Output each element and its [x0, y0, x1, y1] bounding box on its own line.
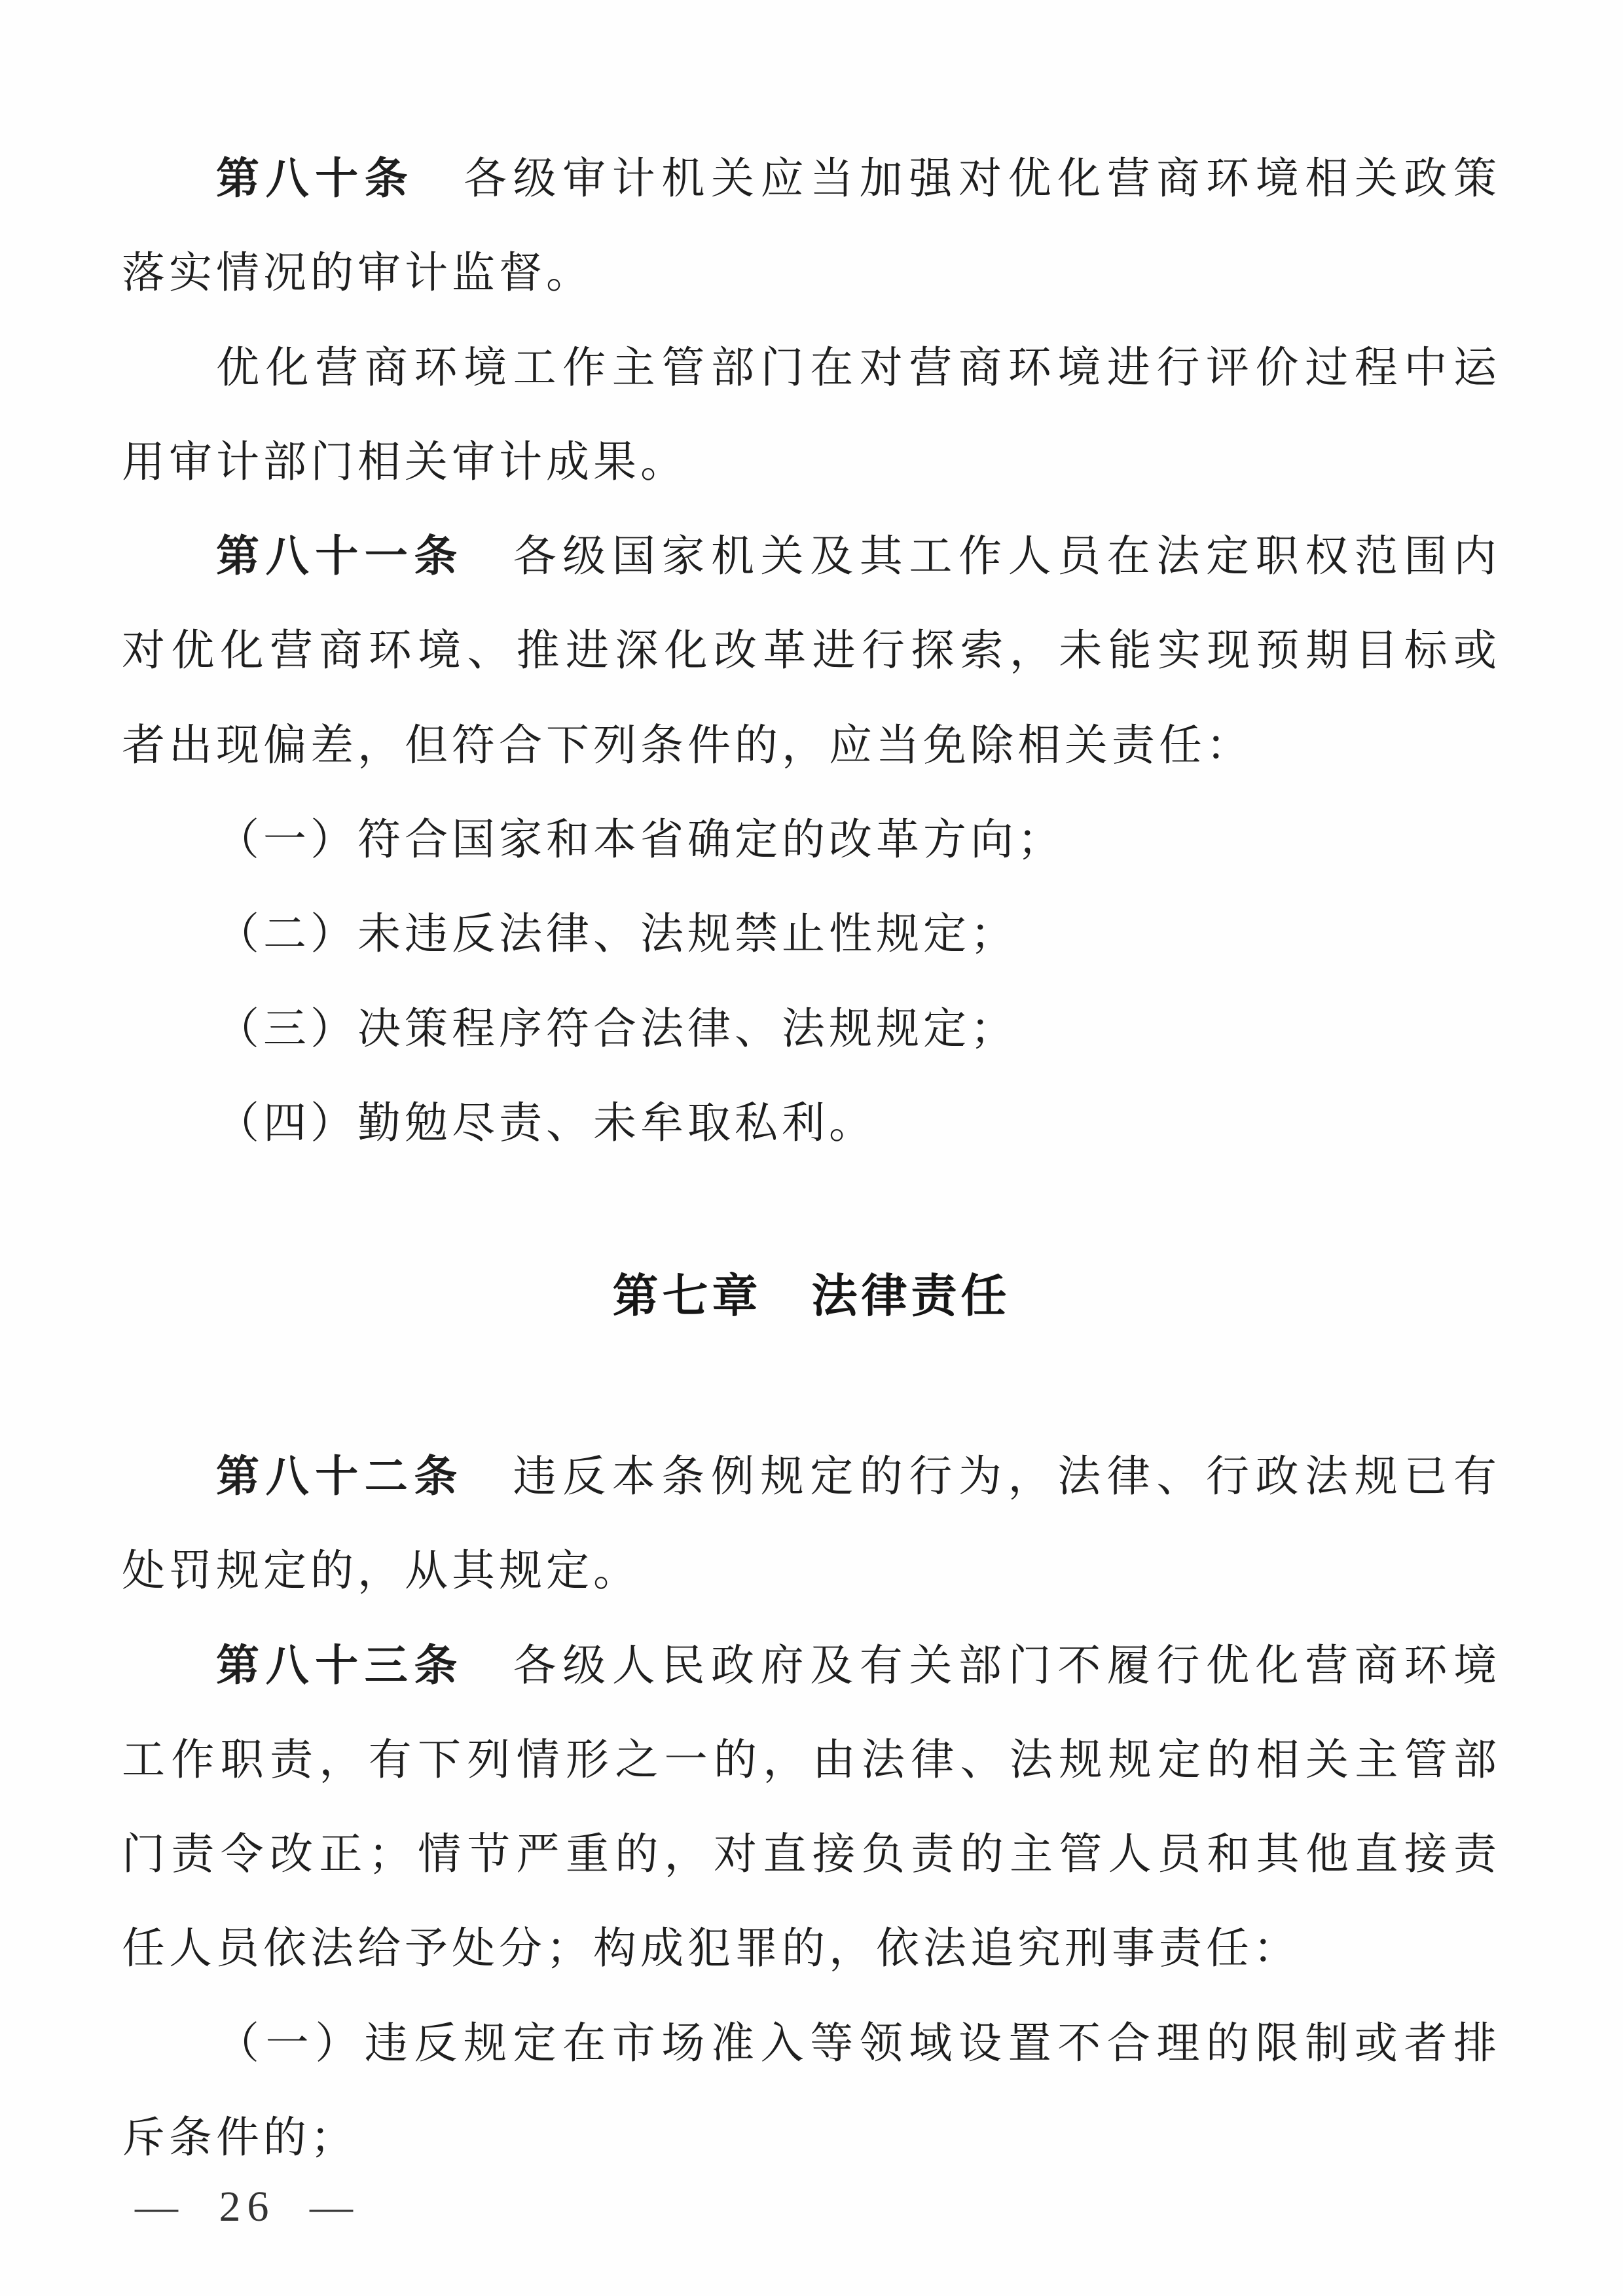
article-number: 第八十三条	[216, 1642, 464, 1690]
article-number: 第八十二条	[216, 1453, 464, 1501]
article-block-b: 第八十二条 违反本条例规定的行为，法律、行政法规已有处罚规定的，从其规定。第八十…	[122, 1430, 1501, 2185]
text-line: （一）违反规定在市场准入等领域设置不合理的限制或者排	[122, 1997, 1501, 2091]
text-line: 优化营商环境工作主管部门在对营商环境进行评价过程中运	[122, 321, 1501, 416]
article-block-a: 第八十条 各级审计机关应当加强对优化营商环境相关政策落实情况的审计监督。优化营商…	[122, 132, 1501, 1171]
article-number: 第八十一条	[216, 533, 464, 581]
text-line: 门责令改正；情节严重的，对直接负责的主管人员和其他直接责	[122, 1808, 1501, 1902]
chapter-heading: 第七章 法律责任	[0, 1250, 1623, 1344]
text-line: 工作职责，有下列情形之一的，由法律、法规规定的相关主管部	[122, 1713, 1501, 1808]
page-number: — 26 —	[135, 2160, 359, 2254]
text-line: （四）勤勉尽责、未牟取私利。	[122, 1077, 1501, 1171]
text-line: （三）决策程序符合法律、法规规定；	[122, 982, 1501, 1077]
text-line: 对优化营商环境、推进深化改革进行探索，未能实现预期目标或	[122, 604, 1501, 698]
text-line: 用审计部门相关审计成果。	[122, 416, 1501, 510]
article-number: 第八十条	[216, 155, 414, 203]
text-line: （一）符合国家和本省确定的改革方向；	[122, 793, 1501, 888]
document-page: 第八十条 各级审计机关应当加强对优化营商环境相关政策落实情况的审计监督。优化营商…	[0, 0, 1623, 2296]
text-line: 第八十三条 各级人民政府及有关部门不履行优化营商环境	[122, 1619, 1501, 1713]
text-line: 第八十条 各级审计机关应当加强对优化营商环境相关政策	[122, 132, 1501, 226]
text-line: 任人员依法给予处分；构成犯罪的，依法追究刑事责任：	[122, 1902, 1501, 1996]
text-line: （二）未违反法律、法规禁止性规定；	[122, 888, 1501, 982]
text-line: 处罚规定的，从其规定。	[122, 1524, 1501, 1619]
text-line: 者出现偏差，但符合下列条件的，应当免除相关责任：	[122, 699, 1501, 793]
text-line: 落实情况的审计监督。	[122, 226, 1501, 321]
text-line: 第八十二条 违反本条例规定的行为，法律、行政法规已有	[122, 1430, 1501, 1524]
text-line: 第八十一条 各级国家机关及其工作人员在法定职权范围内	[122, 510, 1501, 604]
